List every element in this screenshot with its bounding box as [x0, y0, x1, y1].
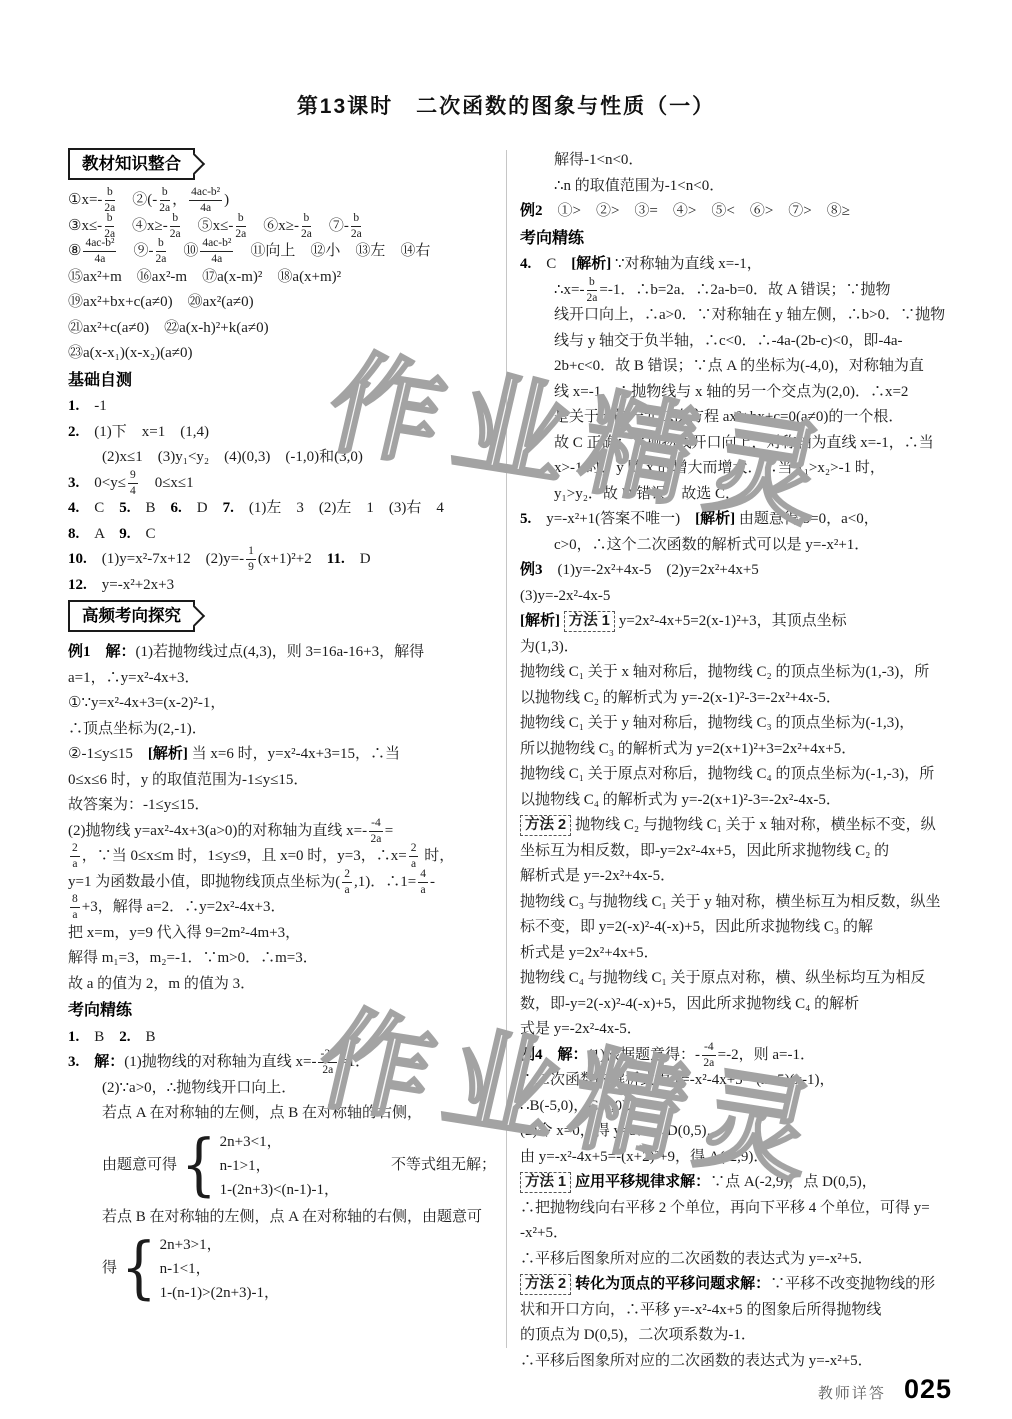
text-line: 状和开口方向，∴平移 y=-x²-4x+5 的图象后所得抛物线	[520, 1298, 954, 1324]
text-line: ∴把抛物线向右平移 2 个单位，再向下平移 4 个单位，可得 y=	[520, 1196, 954, 1222]
fraction: 4a	[418, 868, 428, 897]
text-line: 以抛物线 C₂ 的解析式为 y=-2(x-1)²-3=-2x²+4x-5．	[520, 686, 954, 712]
text-line: 例3 (1)y=-2x²+4x-5 (2)y=2x²+4x+5	[520, 558, 954, 584]
text-line: ∴B(-5,0)，C(1,0)．	[520, 1094, 954, 1120]
system-line: 1-(n-1)>(2n+3)-1，	[160, 1281, 279, 1305]
page: { "title": "第13课时 二次函数的图象与性质（一）", "water…	[0, 0, 1012, 1419]
system-note: 不等式组无解；	[391, 1153, 500, 1179]
left-column: 教材知识整合①x=-b2a ②(-b2a，4ac-b²4a)③x≤-b2a ④x…	[68, 146, 500, 1308]
text-line: 5. y=-x²+1(答案不唯一) [解析] 由题意得 b=0，a<0，	[520, 507, 954, 533]
text-line: 例2 ①> ②> ③= ④> ⑤< ⑥> ⑦> ⑧≥	[520, 199, 954, 225]
text-line: ∴顶点坐标为(2,-1)．	[68, 717, 500, 743]
fraction: 19	[246, 545, 256, 574]
right-column: 解得-1<n<0．∴n 的取值范围为-1<n<0．例2 ①> ②> ③= ④> …	[520, 148, 954, 1374]
text-line: 例1 解：(1)若抛物线过点(4,3)，则 3=16a-16+3，解得	[68, 640, 500, 666]
text-line: 抛物线 C₁ 关于原点对称后，抛物线 C₄ 的顶点坐标为(-1,-3)，所	[520, 762, 954, 788]
text-line: 2a，∵当 0≤x≤m 时，1≤y≤9，且 x=0 时，y=3，∴x=2a 时，	[68, 844, 500, 870]
brace-icon: {	[121, 1226, 157, 1312]
text-line: 以抛物线 C₄ 的解析式为 y=-2(x+1)²-3=-2x²-4x-5．	[520, 788, 954, 814]
fraction: b2a	[301, 212, 312, 241]
inequality-system: 由题意可得{2n+3<1，n-1>1，1-(2n+3)<(n-1)-1，不等式组…	[68, 1130, 500, 1202]
text-line: 所以抛物线 C₃ 的解析式为 y=2(x+1)²+3=2x²+4x+5．	[520, 737, 954, 763]
subsection-header: 考向精练	[520, 226, 954, 252]
footer-label: 教师详答	[818, 1382, 886, 1403]
text-line: c>0，∴这个二次函数的解析式可以是 y=-x²+1．	[520, 533, 954, 559]
text-line: 为(1,3)．	[520, 635, 954, 661]
text-line: 把 x=m，y=9 代入得 9=2m²-4m+3，	[68, 921, 500, 947]
text-line: 4. C [解析] ∵对称轴为直线 x=-1，	[520, 252, 954, 278]
fraction: 4ac-b²4a	[83, 237, 116, 266]
text-line: x>-1 时，y 随 x 的增大而增大．∴当 x₁>x₂>-1 时，	[520, 456, 954, 482]
system-line: n-1>1，	[220, 1154, 339, 1178]
page-number: 025	[904, 1374, 952, 1405]
text-line: (2)抛物线 y=ax²-4x+3(a>0)的对称轴为直线 x=--42a=	[68, 819, 500, 845]
text-line: 3. 0<y≤94 0≤x≤1	[68, 471, 500, 497]
section-header: 高频考向探究	[68, 600, 195, 632]
page-title: 第13课时 二次函数的图象与性质（一）	[0, 90, 1012, 120]
text-line: y₁>y₂．故 D 错误．故选 C．	[520, 482, 954, 508]
text-line: 4. C 5. B 6. D 7. (1)左 3 (2)左 1 (3)右 4	[68, 496, 500, 522]
fraction: b2a	[235, 212, 246, 241]
text-line: y=1 为函数最小值，即抛物线顶点坐标为(2a,1)．∴1=4a-	[68, 870, 500, 896]
text-line: ⑧4ac-b²4a ⑨-b2a ⑩4ac-b²4a ⑪向上 ⑫小 ⑬左 ⑭右	[68, 239, 500, 265]
text-line: 方法 2转化为顶点的平移问题求解：∵平移不改变抛物线的形	[520, 1272, 954, 1298]
text-line: ⑮ax²+m ⑯ax²-m ⑰a(x-m)² ⑱a(x+m)²	[68, 265, 500, 291]
text-line: (2)∵a>0，∴抛物线开口向上．	[68, 1076, 500, 1102]
fraction: 8a	[70, 893, 80, 922]
fraction: 2a	[342, 868, 352, 897]
text-line: 1. -1	[68, 394, 500, 420]
text-line: 10. (1)y=x²-7x+12 (2)y=-19(x+1)²+2 11. D	[68, 547, 500, 573]
subsection-header: 考向精练	[68, 998, 500, 1024]
fraction: -42a	[702, 1041, 716, 1070]
text-line: ①∵y=x²-4x+3=(x-2)²-1，	[68, 691, 500, 717]
text-line: 8a+3，解得 a=2．∴y=2x²-4x+3．	[68, 895, 500, 921]
text-line: 2b+c<0．故 B 错误；∵点 A 的坐标为(-4,0)，对称轴为直	[520, 354, 954, 380]
text-line: 方法 1应用平移规律求解：∵点 A(-2,9)，点 D(0,5)，	[520, 1170, 954, 1196]
text-line: 抛物线 C₁ 关于 y 轴对称后，抛物线 C₃ 的顶点坐标为(-1,3)，	[520, 711, 954, 737]
text-line: 析式是 y=2x²+4x+5．	[520, 941, 954, 967]
text-line: 解得 m₁=3，m₂=-1．∵m>0．∴m=3．	[68, 946, 500, 972]
text-line: (3)y=-2x²-4x-5	[520, 584, 954, 610]
fraction: -42a	[369, 817, 383, 846]
text-line: 8. A 9. C	[68, 522, 500, 548]
text-line: ∴n 的取值范围为-1<n<0．	[520, 174, 954, 200]
fraction: b2a	[159, 186, 170, 215]
text-line: 解析式是 y=-2x²+4x-5．	[520, 864, 954, 890]
fraction: 94	[128, 469, 138, 498]
text-line: -x²+5．	[520, 1221, 954, 1247]
brace-icon: {	[181, 1122, 217, 1208]
fraction: 4ac-b²4a	[189, 186, 222, 215]
text-line: 线 x=-1，∴抛物线与 x 轴的另一个交点为(2,0)．∴x=2	[520, 380, 954, 406]
text-line: 0≤x≤6 时，y 的取值范围为-1≤y≤15．	[68, 768, 500, 794]
text-line: ∴平移后图象所对应的二次函数的表达式为 y=-x²+5．	[520, 1247, 954, 1273]
system-line: n-1<1，	[160, 1257, 279, 1281]
fraction: 4ac-b²4a	[200, 237, 233, 266]
text-line: 是关于 x 的一元二次方程 ax²+bx+c=0(a≠0)的一个根．	[520, 405, 954, 431]
text-line: 2. (1)下 x=1 (1,4)	[68, 420, 500, 446]
system-line: 1-(2n+3)<(n-1)-1，	[220, 1178, 339, 1202]
fraction: b2a	[155, 237, 166, 266]
text-line: 解得-1<n<0．	[520, 148, 954, 174]
text-line: 线与 y 轴交于负半轴，∴c<0．∴-4a-(2b-c)<0，即-4a-	[520, 329, 954, 355]
text-line: 3. 解：(1)抛物线的对称轴为直线 x=--2a2a=1．	[68, 1050, 500, 1076]
system-line: 2n+3<1，	[220, 1130, 339, 1154]
fraction: 2a	[409, 842, 419, 871]
text-line: ③x≤-b2a ④x≥-b2a ⑤x≤-b2a ⑥x≥-b2a ⑦-b2a	[68, 214, 500, 240]
text-line: ∴x=-b2a=-1．∴b=2a．∴2a-b=0．故 A 错误；∵抛物	[520, 278, 954, 304]
subsection-header: 基础自测	[68, 368, 500, 394]
text-line: ㉓a(x-x₁)(x-x₂)(a≠0)	[68, 341, 500, 367]
method-label: 方法 1	[564, 611, 615, 632]
fraction: -2a2a	[318, 1048, 337, 1077]
method-label: 方法 1	[520, 1172, 571, 1193]
system-prefix: 由题意可得	[102, 1153, 177, 1179]
text-line: a=1，∴y=x²-4x+3．	[68, 666, 500, 692]
text-line: 方法 2抛物线 C₂ 与抛物线 C₁ 关于 x 轴对称，横坐标不变，纵	[520, 813, 954, 839]
inequality-system: 得{2n+3>1，n-1<1，1-(n-1)>(2n+3)-1，	[68, 1233, 500, 1305]
text-line: 故 a 的值为 2，m 的值为 3．	[68, 972, 500, 998]
text-line: 线开口向上，∴a>0．∵对称轴在 y 轴左侧，∴b>0．∵抛物	[520, 303, 954, 329]
text-line: 坐标互为相反数，即-y=2x²-4x+5，因此所求抛物线 C₂ 的	[520, 839, 954, 865]
text-line: 的顶点为 D(0,5)，二次项系数为-1．	[520, 1323, 954, 1349]
text-line: [解析] 方法 1y=2x²-4x+5=2(x-1)²+3，其顶点坐标	[520, 609, 954, 635]
text-line: (2)令 x=0，得 y=5．∴D(0,5)．	[520, 1119, 954, 1145]
text-line: ①x=-b2a ②(-b2a，4ac-b²4a)	[68, 188, 500, 214]
text-line: 抛物线 C₃ 与抛物线 C₁ 关于 y 轴对称，横坐标互为相反数，纵坐	[520, 890, 954, 916]
text-line: 由 y=-x²-4x+5=-(x+2)²+9，得 A(-2,9)．	[520, 1145, 954, 1171]
text-line: ②-1≤y≤15 [解析] 当 x=6 时，y=x²-4x+3=15，∴当	[68, 742, 500, 768]
method-label: 方法 2	[520, 1274, 571, 1295]
text-line: ⑲ax²+bx+c(a≠0) ⑳ax²(a≠0)	[68, 290, 500, 316]
fraction: b2a	[587, 276, 598, 305]
text-line: 故答案为：-1≤y≤15．	[68, 793, 500, 819]
system-line: 2n+3>1，	[160, 1233, 279, 1257]
fraction: b2a	[170, 212, 181, 241]
fraction: b2a	[351, 212, 362, 241]
text-line: 数，即-y=2(-x)²-4(-x)+5，因此所求抛物线 C₄ 的解析	[520, 992, 954, 1018]
section-header: 教材知识整合	[68, 148, 195, 180]
text-line: ㉑ax²+c(a≠0) ㉒a(x-h)²+k(a≠0)	[68, 316, 500, 342]
text-line: 1. B 2. B	[68, 1025, 500, 1051]
text-line: 式是 y=-2x²-4x-5．	[520, 1017, 954, 1043]
text-line: 抛物线 C₄ 与抛物线 C₁ 关于原点对称，横、纵坐标均互为相反	[520, 966, 954, 992]
page-footer: 教师详答 025	[818, 1374, 952, 1405]
column-divider	[506, 150, 507, 1348]
text-line: 12. y=-x²+2x+3	[68, 573, 500, 599]
text-line: 故 C 正确；∵抛物线开口向上，对称轴为直线 x=-1，∴当	[520, 431, 954, 457]
text-line: 例4 解：(1)根据题意得：--42a=-2，则 a=-1．	[520, 1043, 954, 1069]
fraction: 2a	[70, 842, 80, 871]
text-line: ∴平移后图象所对应的二次函数的表达式为 y=-x²+5．	[520, 1349, 954, 1375]
system-prefix: 得	[102, 1256, 117, 1282]
text-line: 抛物线 C₁ 关于 x 轴对称后，抛物线 C₂ 的顶点坐标为(1,-3)，所	[520, 660, 954, 686]
text-line: ∴二次函数的解析式为 y=-x²-4x+5=-(x+5)(x-1)，	[520, 1068, 954, 1094]
text-line: 若点 A 在对称轴的左侧，点 B 在对称轴的右侧，	[68, 1101, 500, 1127]
text-line: 标不变，即 y=2(-x)²-4(-x)+5，因此所求抛物线 C₃ 的解	[520, 915, 954, 941]
text-line: (2)x≤1 (3)y₁<y₂ (4)(0,3) (-1,0)和(3,0)	[68, 445, 500, 471]
method-label: 方法 2	[520, 815, 571, 836]
